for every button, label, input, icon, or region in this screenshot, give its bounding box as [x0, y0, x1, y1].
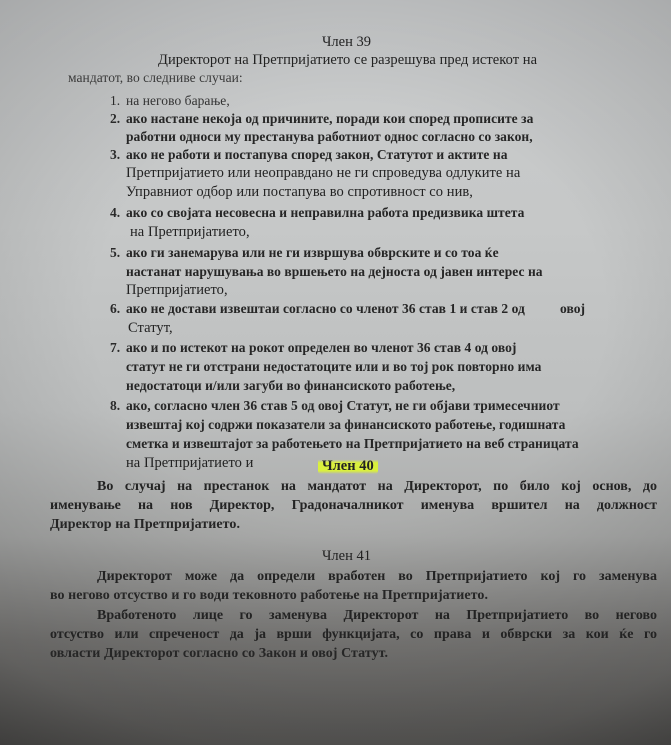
article-39-intro-line-2: мандатот, во следниве случаи: — [68, 70, 243, 86]
list-item-text: ако не достави извештаи согласно со член… — [126, 301, 525, 316]
list-item-5: 5.ако ги занемарува или не ги извршува о… — [110, 245, 499, 261]
article-40-line-3: Директор на Претпријатието. — [50, 517, 240, 533]
list-item-3: 3.ако не работи и постапува според закон… — [110, 147, 508, 163]
list-item-4: 4.ако со својата несовесна и неправилна … — [110, 205, 524, 221]
article-40-heading-highlight: Член 40 — [318, 458, 378, 474]
list-item-text: ако, согласно член 36 став 5 од овој Ста… — [126, 398, 560, 413]
list-item-4-cont: на Претпријатието, — [130, 224, 250, 241]
list-item-text: ако ги занемарува или не ги извршува обв… — [126, 245, 499, 260]
list-item-number: 8. — [110, 398, 126, 414]
list-item-8-cont: сметка и извештајот за работењето на Пре… — [126, 436, 579, 452]
article-41-para-1-line-2: во негово отсуство и го води тековното р… — [50, 588, 488, 604]
list-item-2-cont: работни односи му престанува работниот о… — [126, 129, 533, 145]
article-40-line-1: Во случај на престанок на мандатот на Ди… — [50, 479, 657, 495]
list-item-number: 3. — [110, 147, 126, 163]
article-40-heading: Член 40 — [318, 458, 378, 475]
list-item-5-cont: Претпријатието, — [126, 282, 228, 299]
list-item-6-word: овој — [560, 301, 585, 317]
list-item-number: 7. — [110, 340, 126, 356]
list-item-8: 8.ако, согласно член 36 став 5 од овој С… — [110, 398, 560, 414]
list-item-8-cont: на Претпријатието и — [126, 455, 253, 472]
article-41-para-2-line-2: отсуство или спреченост да ја врши функц… — [50, 627, 657, 643]
article-39-intro-line-1: Директорот на Претпријатието се разрешув… — [158, 52, 537, 69]
list-item-5-cont: настанат нарушувања во вршењето на дејно… — [126, 264, 543, 280]
list-item-3-cont: Управниот одбор или постапува во спротив… — [126, 184, 473, 201]
list-item-text: ако со својата несовесна и неправилна ра… — [126, 205, 524, 220]
list-item-6-cont: Статут, — [128, 320, 173, 337]
list-item-2: 2.ако настане некоја од причините, порад… — [110, 111, 533, 127]
list-item-text: ако не работи и постапува според закон, … — [126, 147, 508, 162]
list-item-text: на негово барање, — [126, 93, 230, 108]
list-item-8-cont: извештај кој содржи показатели за финанс… — [126, 417, 565, 433]
article-40-line-2: именување на нов Директор, Градоначалник… — [50, 498, 657, 514]
list-item-text: ако и по истекот на рокот определен во ч… — [126, 340, 516, 355]
list-item-7-cont: статут не ги отстрани недостатоците или … — [126, 359, 541, 375]
list-item-number: 4. — [110, 205, 126, 221]
list-item-number: 1. — [110, 93, 126, 109]
article-41-para-2-line-3: овласти Директорот согласно со Закон и о… — [50, 646, 388, 662]
list-item-3-cont: Претпријатието или неоправдано не ги спр… — [126, 165, 520, 182]
list-item-7-cont: недостатоци и/или загуби во финансиското… — [126, 378, 455, 394]
article-41-para-1-line-1: Директорот може да определи вработен во … — [50, 569, 657, 585]
document-page: Член 39 Директорот на Претпријатието се … — [0, 0, 671, 745]
list-item-number: 5. — [110, 245, 126, 261]
list-item-text: ако настане некоја од причините, поради … — [126, 111, 533, 126]
list-item-number: 6. — [110, 301, 126, 317]
article-41-para-2-line-1: Вработеното лице го заменува Директорот … — [50, 608, 657, 624]
list-item-6: 6.ако не достави извештаи согласно со чл… — [110, 301, 525, 317]
list-item-number: 2. — [110, 111, 126, 127]
list-item-1: 1.на негово барање, — [110, 93, 230, 109]
article-41-heading: Член 41 — [322, 548, 371, 565]
article-39-heading: Член 39 — [322, 34, 371, 51]
list-item-7: 7.ако и по истекот на рокот определен во… — [110, 340, 516, 356]
